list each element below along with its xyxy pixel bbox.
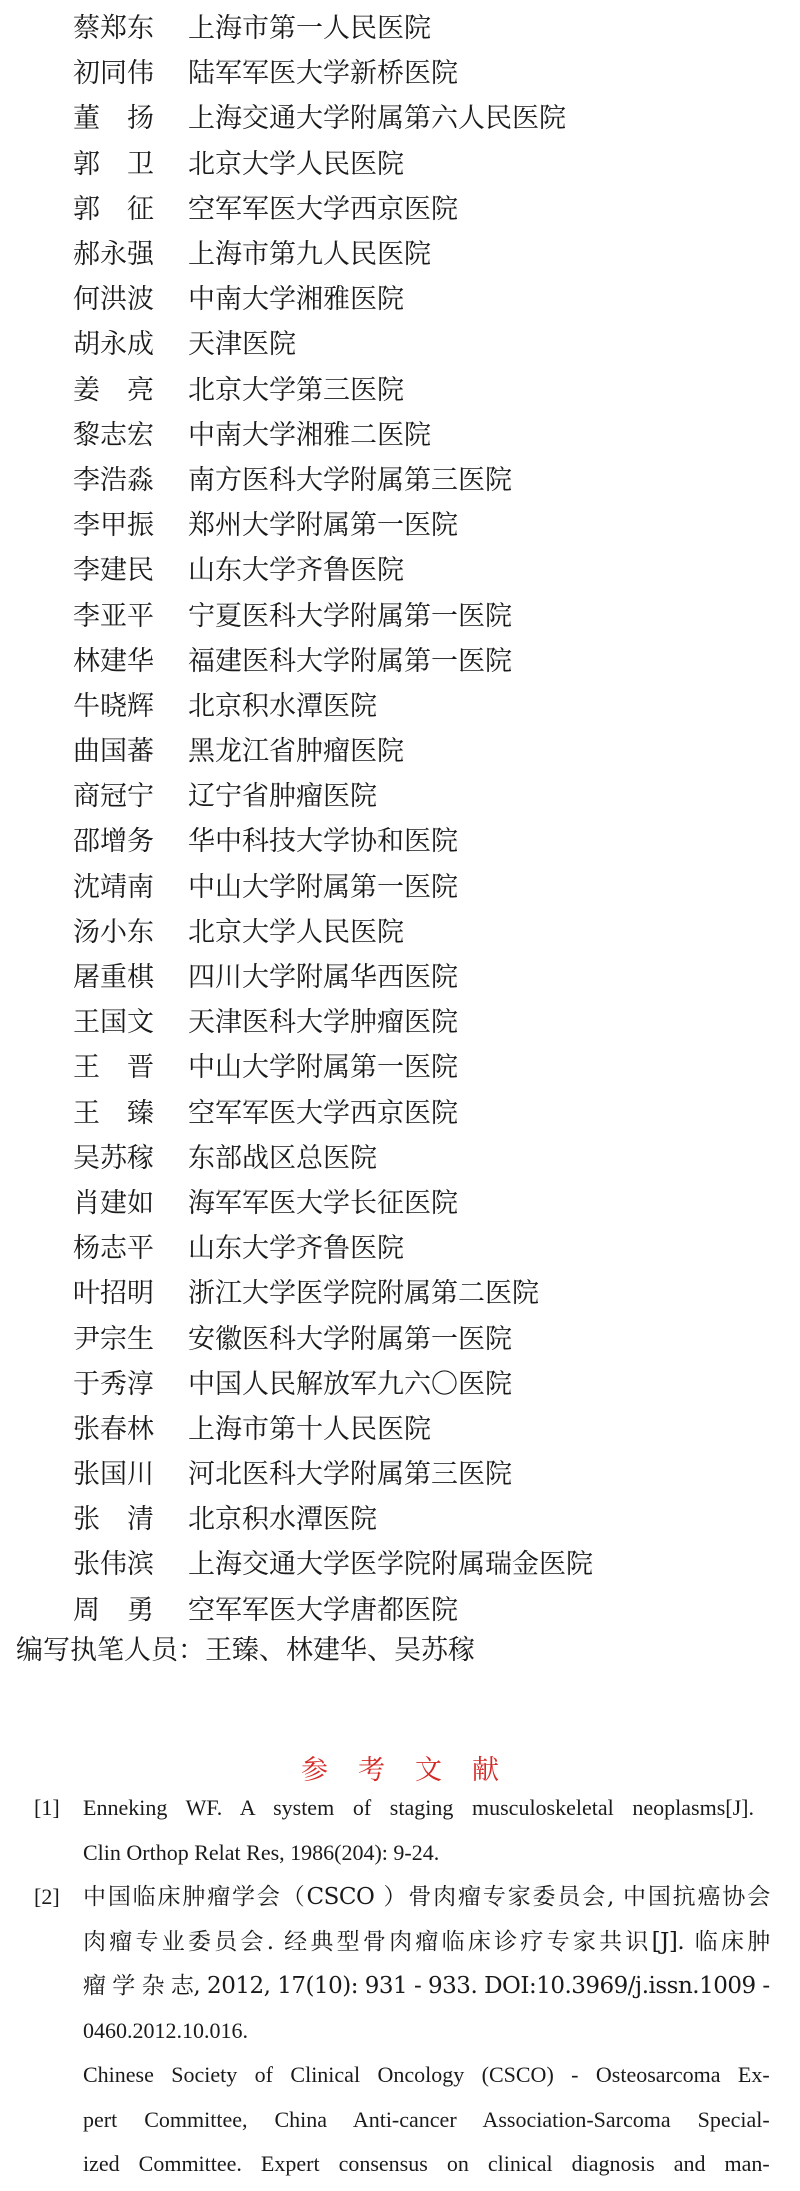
member-name: 王 晋	[73, 1054, 188, 1081]
member-row: 郭 卫北京大学人民医院	[73, 142, 593, 187]
member-hospital: 空军军医大学西京医院	[188, 1100, 458, 1127]
member-name: 肖建如	[73, 1190, 188, 1217]
member-hospital: 北京大学人民医院	[188, 151, 404, 178]
reference-line: pert Committee, China Anti-cancer Associ…	[83, 2098, 770, 2143]
member-hospital: 南方医科大学附属第三医院	[188, 467, 512, 494]
member-row: 王国文天津医科大学肿瘤医院	[73, 1000, 593, 1045]
member-name: 屠重棋	[73, 964, 188, 991]
member-name: 张 清	[73, 1506, 188, 1533]
member-name: 张国川	[73, 1461, 188, 1488]
member-row: 周 勇空军军医大学唐都医院	[73, 1588, 593, 1633]
member-name: 郝永强	[73, 241, 188, 268]
member-row: 张伟滨上海交通大学医学院附属瑞金医院	[73, 1542, 593, 1587]
member-name: 于秀淳	[73, 1371, 188, 1398]
member-row: 尹宗生安徽医科大学附属第一医院	[73, 1316, 593, 1361]
member-row: 林建华福建医科大学附属第一医院	[73, 639, 593, 684]
member-hospital: 中国人民解放军九六〇医院	[188, 1371, 512, 1398]
member-row: 胡永成天津医院	[73, 322, 593, 367]
reference-line: 0460.2012.10.016.	[83, 2009, 770, 2054]
member-row: 汤小东北京大学人民医院	[73, 910, 593, 955]
references-heading: 参考文献	[0, 1748, 800, 1787]
member-name: 吴苏稼	[73, 1145, 188, 1172]
member-row: 李建民山东大学齐鲁医院	[73, 548, 593, 593]
member-name: 李亚平	[73, 603, 188, 630]
reference-item: [1]Enneking WF. A system of staging musc…	[34, 1786, 754, 1875]
member-hospital: 北京大学人民医院	[188, 919, 404, 946]
member-name: 胡永成	[73, 331, 188, 358]
member-row: 张国川河北医科大学附属第三医院	[73, 1452, 593, 1497]
member-name: 姜 亮	[73, 377, 188, 404]
member-row: 李亚平宁夏医科大学附属第一医院	[73, 593, 593, 638]
member-row: 王 臻空军军医大学西京医院	[73, 1091, 593, 1136]
member-name: 曲国蕃	[73, 738, 188, 765]
member-hospital: 天津医科大学肿瘤医院	[188, 1009, 458, 1036]
reference-line: ized Committee. Expert consensus on clin…	[83, 2142, 770, 2187]
member-row: 屠重棋四川大学附属华西医院	[73, 955, 593, 1000]
reference-line: 中国临床肿瘤学会（CSCO ）骨肉瘤专家委员会, 中国抗癌协会	[83, 1875, 770, 1920]
member-hospital: 北京积水潭医院	[188, 693, 377, 720]
member-hospital: 陆军军医大学新桥医院	[188, 60, 458, 87]
member-name: 黎志宏	[73, 422, 188, 449]
reference-text: 中国临床肿瘤学会（CSCO ）骨肉瘤专家委员会, 中国抗癌协会肉瘤专业委员会. …	[83, 1875, 770, 2187]
member-row: 沈靖南中山大学附属第一医院	[73, 865, 593, 910]
member-hospital: 山东大学齐鲁医院	[188, 1235, 404, 1262]
member-row: 郝永强上海市第九人民医院	[73, 232, 593, 277]
member-row: 商冠宁辽宁省肿瘤医院	[73, 774, 593, 819]
member-name: 李浩淼	[73, 467, 188, 494]
member-hospital: 中山大学附属第一医院	[188, 1054, 458, 1081]
member-hospital: 上海市第九人民医院	[188, 241, 431, 268]
member-hospital: 福建医科大学附属第一医院	[188, 648, 512, 675]
member-hospital: 空军军医大学唐都医院	[188, 1597, 458, 1624]
reference-item: [2]中国临床肿瘤学会（CSCO ）骨肉瘤专家委员会, 中国抗癌协会肉瘤专业委员…	[34, 1875, 754, 2187]
member-row: 李甲振郑州大学附属第一医院	[73, 503, 593, 548]
member-hospital: 宁夏医科大学附属第一医院	[188, 603, 512, 630]
member-name: 叶招明	[73, 1280, 188, 1307]
member-name: 尹宗生	[73, 1326, 188, 1353]
member-hospital: 海军军医大学长征医院	[188, 1190, 458, 1217]
reference-number: [2]	[34, 1875, 83, 2187]
member-name: 李甲振	[73, 512, 188, 539]
member-hospital: 上海交通大学附属第六人民医院	[188, 105, 566, 132]
member-hospital: 上海交通大学医学院附属瑞金医院	[188, 1551, 593, 1578]
member-hospital: 黑龙江省肿瘤医院	[188, 738, 404, 765]
reference-line: 肉瘤专业委员会. 经典型骨肉瘤临床诊疗专家共识[J]. 临床肿	[83, 1920, 770, 1965]
member-hospital: 河北医科大学附属第三医院	[188, 1461, 512, 1488]
member-row: 吴苏稼东部战区总医院	[73, 1136, 593, 1181]
member-row: 于秀淳中国人民解放军九六〇医院	[73, 1362, 593, 1407]
member-hospital: 中山大学附属第一医院	[188, 874, 458, 901]
reference-list: [1]Enneking WF. A system of staging musc…	[34, 1786, 754, 2187]
reference-line: 瘤 学 杂 志, 2012, 17(10): 931 - 933. DOI:10…	[83, 1964, 770, 2009]
member-name: 周 勇	[73, 1597, 188, 1624]
member-row: 肖建如海军军医大学长征医院	[73, 1181, 593, 1226]
member-row: 郭 征空军军医大学西京医院	[73, 187, 593, 232]
member-hospital: 中南大学湘雅医院	[188, 286, 404, 313]
member-row: 杨志平山东大学齐鲁医院	[73, 1226, 593, 1271]
member-row: 叶招明浙江大学医学院附属第二医院	[73, 1271, 593, 1316]
member-hospital: 北京积水潭医院	[188, 1506, 377, 1533]
member-hospital: 上海市第十人民医院	[188, 1416, 431, 1443]
member-row: 姜 亮北京大学第三医院	[73, 368, 593, 413]
member-row: 张春林上海市第十人民医院	[73, 1407, 593, 1452]
member-row: 邵增务华中科技大学协和医院	[73, 819, 593, 864]
committee-member-list: 蔡郑东上海市第一人民医院初同伟陆军军医大学新桥医院董 扬上海交通大学附属第六人民…	[73, 6, 593, 1633]
member-name: 商冠宁	[73, 783, 188, 810]
member-name: 董 扬	[73, 105, 188, 132]
member-name: 沈靖南	[73, 874, 188, 901]
member-row: 蔡郑东上海市第一人民医院	[73, 6, 593, 51]
member-hospital: 北京大学第三医院	[188, 377, 404, 404]
member-name: 张伟滨	[73, 1551, 188, 1578]
member-hospital: 东部战区总医院	[188, 1145, 377, 1172]
member-name: 王国文	[73, 1009, 188, 1036]
member-name: 郭 卫	[73, 151, 188, 178]
member-name: 李建民	[73, 557, 188, 584]
member-hospital: 空军军医大学西京医院	[188, 196, 458, 223]
member-row: 王 晋中山大学附属第一医院	[73, 1045, 593, 1090]
member-hospital: 四川大学附属华西医院	[188, 964, 458, 991]
member-name: 牛晓辉	[73, 693, 188, 720]
reference-line: Chinese Society of Clinical Oncology (CS…	[83, 2053, 770, 2098]
reference-line: Clin Orthop Relat Res, 1986(204): 9-24.	[83, 1831, 754, 1876]
member-name: 初同伟	[73, 60, 188, 87]
member-row: 黎志宏中南大学湘雅二医院	[73, 413, 593, 458]
reference-text: Enneking WF. A system of staging musculo…	[83, 1786, 754, 1875]
writing-authors: 编写执笔人员：王臻、林建华、吴苏稼	[16, 1634, 475, 1668]
member-hospital: 上海市第一人民医院	[188, 15, 431, 42]
member-row: 牛晓辉北京积水潭医院	[73, 684, 593, 729]
member-row: 曲国蕃黑龙江省肿瘤医院	[73, 729, 593, 774]
member-hospital: 山东大学齐鲁医院	[188, 557, 404, 584]
member-hospital: 郑州大学附属第一医院	[188, 512, 458, 539]
reference-line: Enneking WF. A system of staging musculo…	[83, 1786, 754, 1831]
member-name: 何洪波	[73, 286, 188, 313]
member-hospital: 华中科技大学协和医院	[188, 828, 458, 855]
member-row: 何洪波中南大学湘雅医院	[73, 277, 593, 322]
member-name: 蔡郑东	[73, 15, 188, 42]
member-name: 张春林	[73, 1416, 188, 1443]
member-row: 李浩淼南方医科大学附属第三医院	[73, 458, 593, 503]
member-hospital: 天津医院	[188, 331, 296, 358]
member-hospital: 浙江大学医学院附属第二医院	[188, 1280, 539, 1307]
member-hospital: 中南大学湘雅二医院	[188, 422, 431, 449]
member-name: 林建华	[73, 648, 188, 675]
member-row: 初同伟陆军军医大学新桥医院	[73, 51, 593, 96]
member-row: 董 扬上海交通大学附属第六人民医院	[73, 96, 593, 141]
member-name: 杨志平	[73, 1235, 188, 1262]
member-name: 郭 征	[73, 196, 188, 223]
member-hospital: 安徽医科大学附属第一医院	[188, 1326, 512, 1353]
reference-number: [1]	[34, 1786, 83, 1875]
member-row: 张 清北京积水潭医院	[73, 1497, 593, 1542]
member-name: 汤小东	[73, 919, 188, 946]
member-name: 邵增务	[73, 828, 188, 855]
member-name: 王 臻	[73, 1100, 188, 1127]
member-hospital: 辽宁省肿瘤医院	[188, 783, 377, 810]
